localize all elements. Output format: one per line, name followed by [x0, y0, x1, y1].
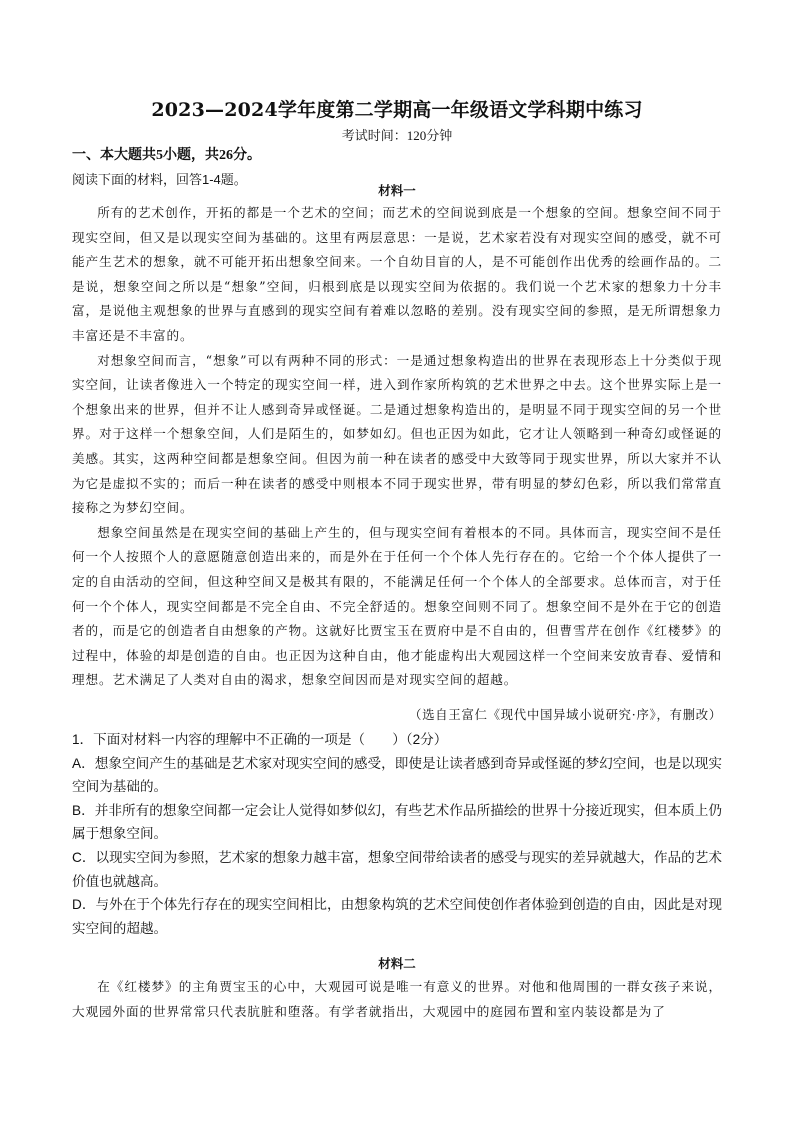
- material-one-paragraph: 对想象空间而言，“想象”可以有两种不同的形式：一是通过想象构造出的世界在表现形态…: [72, 349, 722, 521]
- question-1-option-a: A．想象空间产生的基础是艺术家对现实空间的感受，即使是让读者感到奇异或怪诞的梦幻…: [72, 752, 722, 799]
- question-1-stem: 1．下面对材料一内容的理解中不正确的一项是（ ）（2分）: [72, 728, 722, 752]
- question-1-option-c: C．以现实空间为参照，艺术家的想象力越丰富，想象空间带给读者的感受与现实的差异就…: [72, 846, 722, 893]
- exam-time: 考试时间：120分钟: [72, 127, 722, 145]
- material-two-title: 材料二: [72, 955, 722, 973]
- material-one-paragraph: 想象空间虽然是在现实空间的基础上产生的，但与现实空间有着根本的不同。具体而言，现…: [72, 521, 722, 693]
- exam-title: 2023—2024学年度第二学期高一年级语文学科期中练习: [72, 97, 722, 123]
- material-one-source: （选自王富仁《现代中国异域小说研究·序》，有删改）: [72, 705, 722, 725]
- material-two-paragraph: 在《红楼梦》的主角贾宝玉的心中，大观园可说是唯一有意义的世界。对他和他周围的一群…: [72, 975, 722, 1024]
- question-1-option-d: D．与外在于个体先行存在的现实空间相比，由想象构筑的艺术空间使创作者体验到创造的…: [72, 893, 722, 940]
- section-heading: 一、本大题共5小题，共26分。: [72, 146, 722, 166]
- material-one-paragraph: 所有的艺术创作，开拓的都是一个艺术的空间；而艺术的空间说到底是一个想象的空间。想…: [72, 201, 722, 349]
- material-one-passage: 所有的艺术创作，开拓的都是一个艺术的空间；而艺术的空间说到底是一个想象的空间。想…: [72, 201, 722, 693]
- material-two-passage: 在《红楼梦》的主角贾宝玉的心中，大观园可说是唯一有意义的世界。对他和他周围的一群…: [72, 975, 722, 1024]
- question-1: 1．下面对材料一内容的理解中不正确的一项是（ ）（2分） A．想象空间产生的基础…: [72, 728, 722, 940]
- material-one-title: 材料一: [72, 182, 722, 200]
- question-1-option-b: B．并非所有的想象空间都一定会让人觉得如梦似幻，有些艺术作品所描绘的世界十分接近…: [72, 799, 722, 846]
